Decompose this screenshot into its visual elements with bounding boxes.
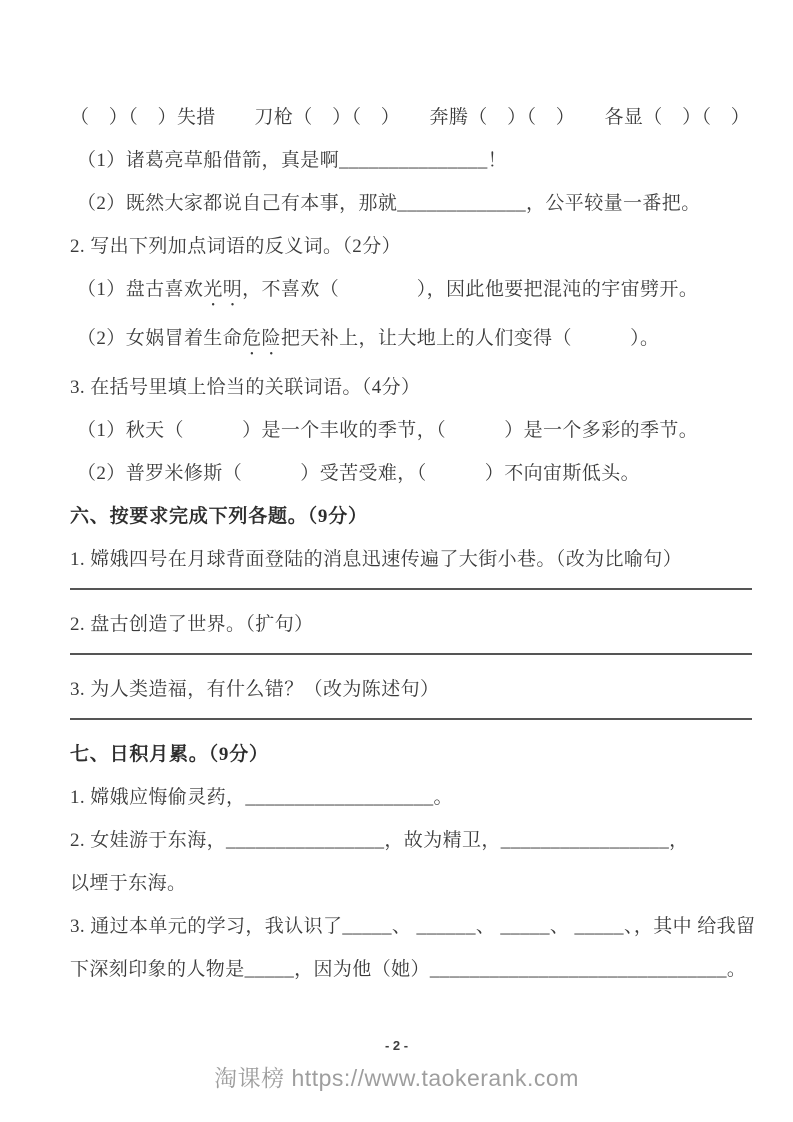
page-number: - 2 - xyxy=(0,1038,793,1053)
question-7-3-line1: 3. 通过本单元的学习，我认识了_____、 ______、 _____、 __… xyxy=(70,912,752,942)
word-completion-line: （ ）（ ）失措 刀枪（ ）（ ） 奔腾（ ）（ ） 各显（ ）（ ） xyxy=(70,103,752,133)
emphasized-word: 危险 xyxy=(242,328,281,349)
section-6-heading: 六、按要求完成下列各题。（9分） xyxy=(70,502,752,532)
question-5-2-2: （2）女娲冒着生命危险把天补上，让大地上的人们变得（ ）。 xyxy=(70,324,752,360)
question-6-1: 1. 嫦娥四号在月球背面登陆的消息迅速传遍了大街小巷。（改为比喻句） xyxy=(70,545,752,575)
question-5-1-1: （1）诸葛亮草船借箭，真是啊_______________！ xyxy=(70,146,752,176)
question-7-2-line1: 2. 女娃游于东海，________________，故为精卫，________… xyxy=(70,826,752,856)
question-5-2-1: （1）盘古喜欢光明，不喜欢（ ），因此他要把混沌的宇宙劈开。 xyxy=(70,275,752,311)
question-5-3-1: （1）秋天（ ）是一个丰收的季节，（ ）是一个多彩的季节。 xyxy=(70,416,752,446)
footer-site-link[interactable]: 淘课榜 https://www.taokerank.com xyxy=(0,1060,793,1093)
question-5-2-title: 2. 写出下列加点词语的反义词。（2分） xyxy=(70,232,752,262)
section-7-heading: 七、日积月累。（9分） xyxy=(70,740,752,770)
question-7-3-line2: 下深刻印象的人物是_____，因为他（她）___________________… xyxy=(70,955,752,985)
question-5-2-1-suffix: ，不喜欢（ ），因此他要把混沌的宇宙劈开。 xyxy=(242,279,698,300)
worksheet-content: （ ）（ ）失措 刀枪（ ）（ ） 奔腾（ ）（ ） 各显（ ）（ ） （1）诸… xyxy=(70,103,752,998)
answer-blank-rule xyxy=(70,588,752,590)
question-6-3: 3. 为人类造福，有什么错？（改为陈述句） xyxy=(70,675,752,705)
answer-blank-rule xyxy=(70,653,752,655)
answer-blank-rule xyxy=(70,718,752,720)
question-5-2-2-suffix: 把天补上，让大地上的人们变得（ ）。 xyxy=(281,328,660,349)
question-5-2-2-prefix: （2）女娲冒着生命 xyxy=(77,328,242,349)
question-5-1-2: （2）既然大家都说自己有本事，那就_____________，公平较量一番把。 xyxy=(70,189,752,219)
worksheet-page: （ ）（ ）失措 刀枪（ ）（ ） 奔腾（ ）（ ） 各显（ ）（ ） （1）诸… xyxy=(0,0,793,1122)
question-5-3-title: 3. 在括号里填上恰当的关联词语。（4分） xyxy=(70,373,752,403)
question-7-2-line2: 以堙于东海。 xyxy=(70,869,752,899)
question-5-3-2: （2）普罗米修斯（ ）受苦受难，（ ）不向宙斯低头。 xyxy=(70,459,752,489)
emphasized-word: 光明 xyxy=(203,279,242,300)
question-7-1: 1. 嫦娥应悔偷灵药，___________________。 xyxy=(70,783,752,813)
question-6-2: 2. 盘古创造了世界。（扩句） xyxy=(70,610,752,640)
question-5-2-1-prefix: （1）盘古喜欢 xyxy=(77,279,203,300)
